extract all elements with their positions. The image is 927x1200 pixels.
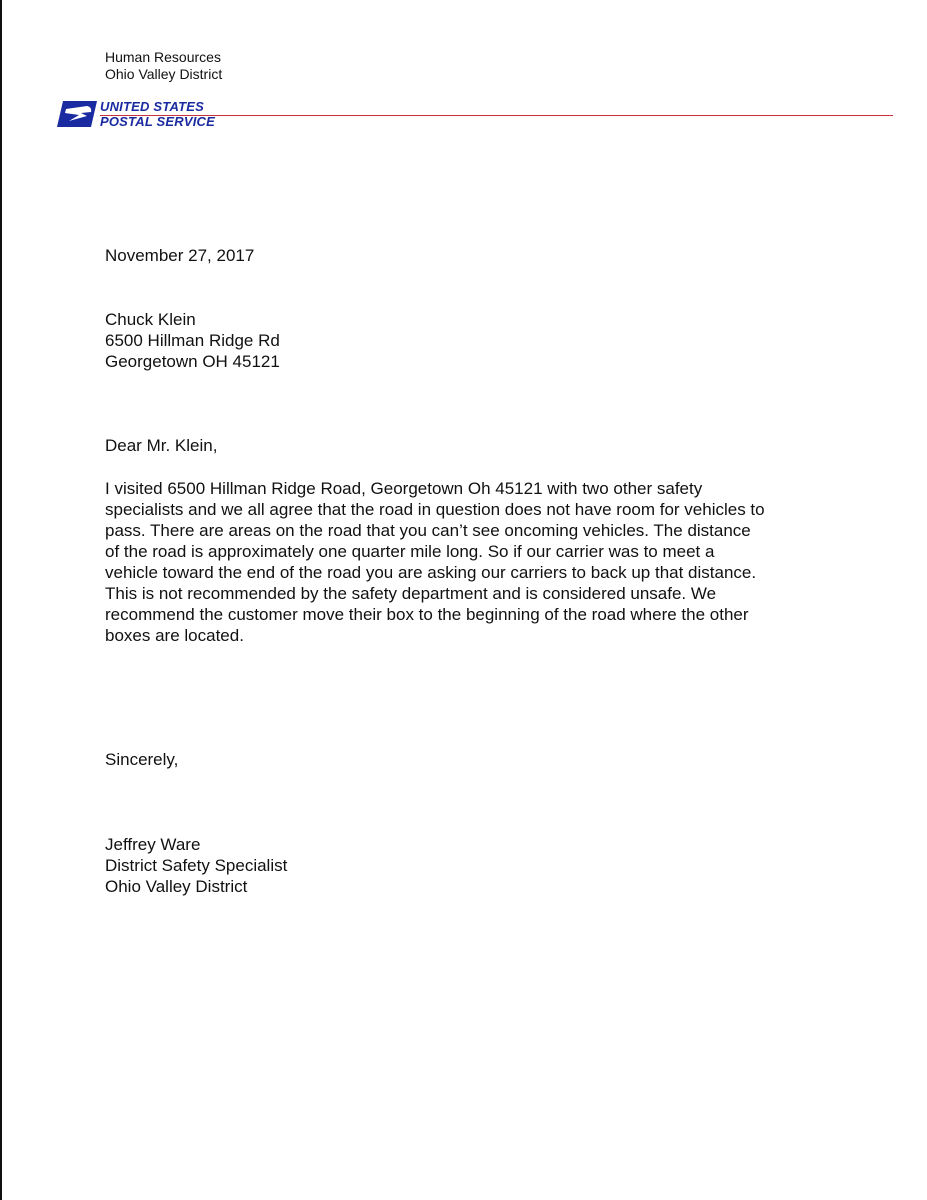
recipient-street: 6500 Hillman Ridge Rd bbox=[105, 330, 280, 351]
signer-district: Ohio Valley District bbox=[105, 876, 287, 897]
recipient-city: Georgetown OH 45121 bbox=[105, 351, 280, 372]
district-name: Ohio Valley District bbox=[105, 66, 222, 83]
logo-wordmark: UNITED STATES POSTAL SERVICE bbox=[100, 99, 215, 129]
letter-body: I visited 6500 Hillman Ridge Road, Georg… bbox=[105, 478, 825, 646]
scan-edge bbox=[0, 0, 2, 1200]
signature-block: Jeffrey Ware District Safety Specialist … bbox=[105, 834, 287, 897]
department-name: Human Resources bbox=[105, 49, 222, 66]
salutation: Dear Mr. Klein, bbox=[105, 436, 217, 456]
signer-title: District Safety Specialist bbox=[105, 855, 287, 876]
letterhead-rule bbox=[100, 115, 893, 116]
closing: Sincerely, bbox=[105, 750, 178, 770]
signer-name: Jeffrey Ware bbox=[105, 834, 287, 855]
recipient-name: Chuck Klein bbox=[105, 309, 280, 330]
department-header: Human Resources Ohio Valley District bbox=[105, 49, 222, 83]
recipient-address: Chuck Klein 6500 Hillman Ridge Rd George… bbox=[105, 309, 280, 372]
usps-eagle-icon bbox=[57, 101, 97, 127]
letter-date: November 27, 2017 bbox=[105, 246, 254, 266]
